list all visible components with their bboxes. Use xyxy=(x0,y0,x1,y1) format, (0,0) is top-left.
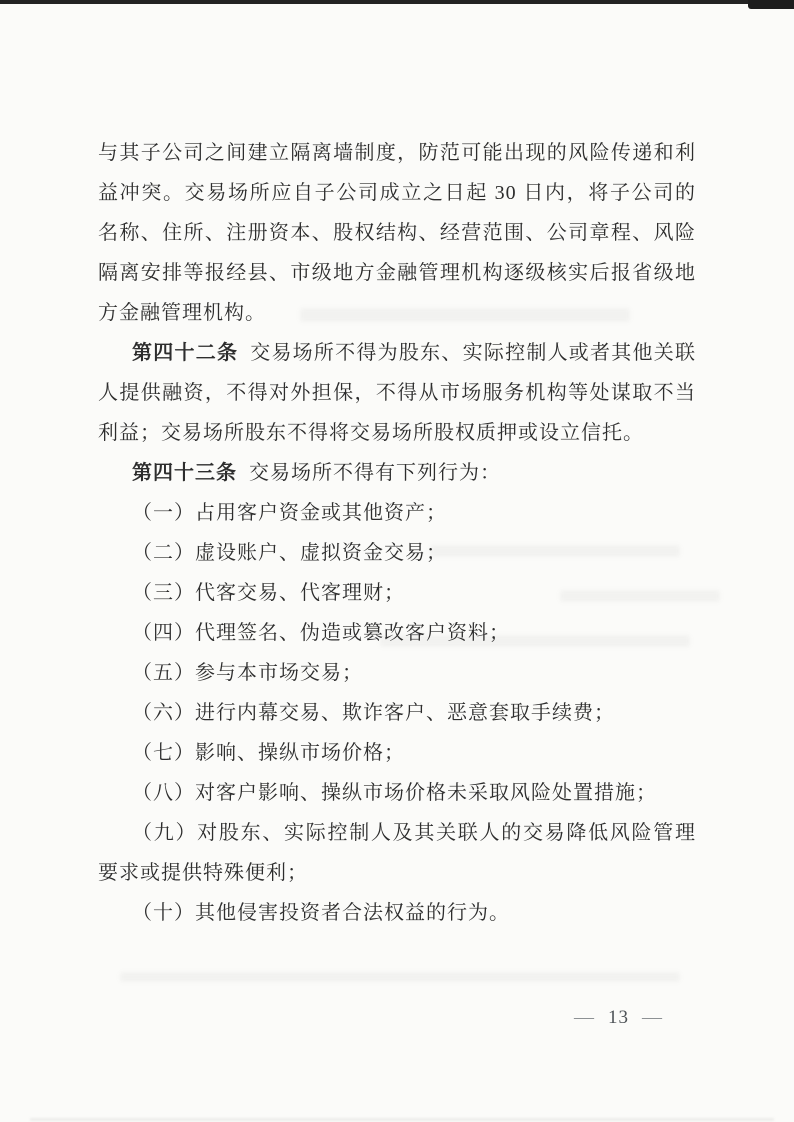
article-43-label: 第四十三条 xyxy=(132,462,237,484)
list-item: （六）进行内幕交易、欺诈客户、恶意套取手续费； xyxy=(98,693,696,733)
scan-artifact-smudge xyxy=(120,972,680,982)
list-item: （八）对客户影响、操纵市场价格未采取风险处置措施； xyxy=(98,773,696,813)
list-item: （五）参与本市场交易； xyxy=(98,653,696,693)
article-42-paragraph: 第四十二条交易场所不得为股东、实际控制人或者其他关联人提供融资，不得对外担保，不… xyxy=(98,333,696,453)
scanned-document-page: 与其子公司之间建立隔离墙制度，防范可能出现的风险传递和利益冲突。交易场所应自子公… xyxy=(0,0,794,1122)
paragraph-continuation: 与其子公司之间建立隔离墙制度，防范可能出现的风险传递和利益冲突。交易场所应自子公… xyxy=(98,133,696,333)
page-number-value: 13 xyxy=(608,1007,629,1029)
page-number: — 13 — xyxy=(574,1006,663,1029)
list-item: （七）影响、操纵市场价格； xyxy=(98,733,696,773)
scan-artifact-top-right xyxy=(748,0,794,9)
list-item: （三）代客交易、代客理财； xyxy=(98,573,696,613)
scan-artifact-top-bar xyxy=(0,0,794,4)
document-body: 与其子公司之间建立隔离墙制度，防范可能出现的风险传递和利益冲突。交易场所应自子公… xyxy=(98,133,696,933)
article-42-label: 第四十二条 xyxy=(132,342,238,364)
scan-artifact-bottom-edge xyxy=(30,1118,774,1121)
list-item: （九）对股东、实际控制人及其关联人的交易降低风险管理要求或提供特殊便利； xyxy=(98,813,696,893)
article-43-text: 交易场所不得有下列行为： xyxy=(249,462,501,484)
page-number-dash: — xyxy=(574,1006,595,1029)
list-item: （四）代理签名、伪造或篡改客户资料； xyxy=(98,613,696,653)
list-item: （十）其他侵害投资者合法权益的行为。 xyxy=(98,893,696,933)
list-item: （一）占用客户资金或其他资产； xyxy=(98,493,696,533)
list-item: （二）虚设账户、虚拟资金交易； xyxy=(98,533,696,573)
page-number-dash: — xyxy=(642,1006,663,1029)
article-43-paragraph: 第四十三条交易场所不得有下列行为： xyxy=(98,453,696,493)
